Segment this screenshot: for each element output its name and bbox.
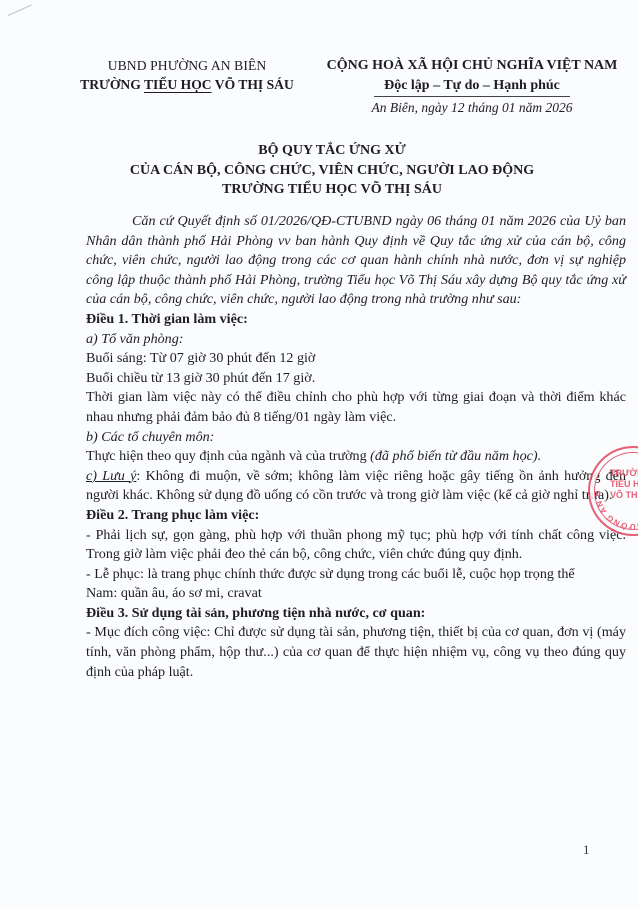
document-title: BỘ QUY TẮC ỨNG XỬ CỦA CÁN BỘ, CÔNG CHỨC,… <box>92 141 572 200</box>
national-motto: Độc lập – Tự do – Hạnh phúc <box>374 77 570 97</box>
title-line-3: TRƯỜNG TIỂU HỌC VÕ THỊ SÁU <box>92 180 572 200</box>
seal-center-text: TRƯỜNG TIỂU HỌC VÕ THỊ SÁU <box>610 468 638 501</box>
issuing-agency-header: UBND PHƯỜNG AN BIÊN TRƯỜNG TIỂU HỌC VÕ T… <box>62 56 312 94</box>
article-1-heading: Điều 1. Thời gian làm việc: <box>86 310 626 330</box>
title-line-1: BỘ QUY TẮC ỨNG XỬ <box>92 141 572 161</box>
scan-mark <box>8 4 32 15</box>
note-label: c) Lưu ý <box>86 468 136 484</box>
preamble: Căn cứ Quyết định số 01/2026/QĐ-CTUBND n… <box>86 212 626 310</box>
national-title: CỘNG HOÀ XÃ HỘI CHỦ NGHĨA VIỆT NAM <box>306 56 638 76</box>
page-number: 1 <box>583 842 590 858</box>
article-2-item-3: Nam: quần âu, áo sơ mi, cravat <box>86 584 626 604</box>
article-1-a-label: a) Tổ văn phòng: <box>86 330 626 350</box>
national-header: CỘNG HOÀ XÃ HỘI CHỦ NGHĨA VIỆT NAM Độc l… <box>306 56 638 117</box>
parent-agency: UBND PHƯỜNG AN BIÊN <box>62 56 312 75</box>
title-line-2: CỦA CÁN BỘ, CÔNG CHỨC, VIÊN CHỨC, NGƯỜI … <box>92 161 572 181</box>
article-2-heading: Điều 2. Trang phục làm việc: <box>86 506 626 526</box>
document-page: UBND PHƯỜNG AN BIÊN TRƯỜNG TIỂU HỌC VÕ T… <box>0 0 638 908</box>
article-1-b-text: Thực hiện theo quy định của ngành và của… <box>86 447 626 467</box>
school-name: TRƯỜNG TIỂU HỌC VÕ THỊ SÁU <box>62 75 312 94</box>
afternoon-hours: Buổi chiều từ 13 giờ 30 phút đến 17 giờ. <box>86 369 626 389</box>
place-date: An Biên, ngày 12 tháng 01 năm 2026 <box>306 98 638 118</box>
article-2-item-1: - Phải lịch sự, gọn gàng, phù hợp với th… <box>86 526 626 565</box>
school-seal-stamp: U.B.N.D PHƯỜNG AN BIÊN TRƯỜNG TIỂU HỌC V… <box>588 446 638 536</box>
article-2-item-2: - Lễ phục: là trang phục chính thức được… <box>86 565 626 585</box>
article-1-c-note: c) Lưu ý: Không đi muộn, về sớm; không l… <box>86 467 626 506</box>
underlined-text: TIỂU HỌC <box>144 77 212 92</box>
adjust-note: Thời gian làm việc này có thể điều chỉnh… <box>86 388 626 427</box>
article-3-heading: Điều 3. Sử dụng tài sản, phương tiện nhà… <box>86 604 626 624</box>
document-body: Căn cứ Quyết định số 01/2026/QĐ-CTUBND n… <box>86 212 626 682</box>
article-3-item-1: - Mục đích công việc: Chỉ được sử dụng t… <box>86 623 626 682</box>
article-1-b-label: b) Các tổ chuyên môn: <box>86 428 626 448</box>
morning-hours: Buổi sáng: Từ 07 giờ 30 phút đến 12 giờ <box>86 349 626 369</box>
